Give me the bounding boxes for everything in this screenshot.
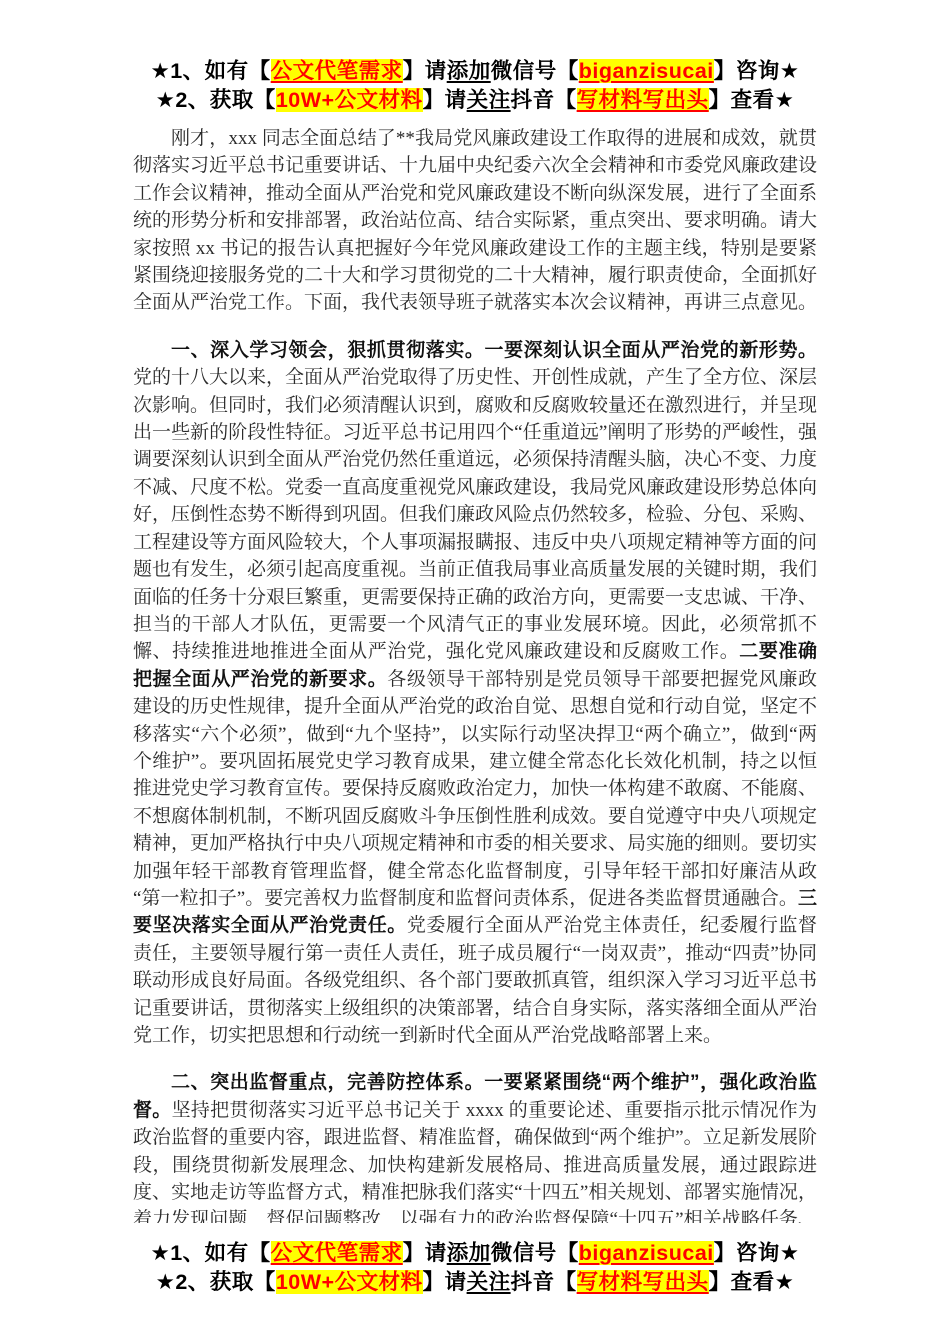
text-run: 各级领导干部特别是党员领导干部要把握党风廉政建设的历史性规律，提升全面从严治党的…: [133, 669, 817, 909]
text-run: 抖音【: [511, 88, 577, 112]
text-run: 刚才，xxx 同志全面总结了**我局党风廉政建设工作取得的进展和成效，就贯彻落实…: [133, 128, 817, 313]
text-run: 】请: [423, 1270, 467, 1294]
text-run: ★1、如有【: [150, 59, 270, 83]
bold-text-run: 一、深入学习领会，狠抓贯彻落实。一要深刻认识全面从严治党的新形势。: [171, 340, 817, 361]
text-run: 党的十八大以来，全面从严治党取得了历史性、开创性成就，产生了全方位、深层次影响。…: [133, 367, 817, 662]
text-run: ★2、获取【: [156, 88, 276, 112]
highlighted-text-run: 写材料写出头: [577, 88, 709, 112]
highlighted-text-run: biganzisucai: [579, 59, 714, 83]
text-run: 】请: [403, 1241, 447, 1265]
highlighted-text-run: biganzisucai: [579, 1241, 714, 1265]
highlighted-text-run: 公文代笔需求: [271, 1241, 403, 1265]
text-run: 添加: [447, 1241, 491, 1265]
highlighted-text-run: 公文代笔需求: [271, 59, 403, 83]
text-run: 】请: [423, 88, 467, 112]
text-run: ★1、如有【: [150, 1241, 270, 1265]
text-run: 关注: [467, 88, 511, 112]
text-run: ★2、获取【: [156, 1270, 276, 1294]
paragraph-section-1: 一、深入学习领会，狠抓贯彻落实。一要深刻认识全面从严治党的新形势。党的十八大以来…: [133, 337, 817, 1050]
document-page: ★1、如有【公文代笔需求】请添加微信号【biganzisucai】咨询★ ★2、…: [0, 0, 950, 1344]
text-run: 微信号【: [491, 59, 579, 83]
paragraph-section-2: 二、突出监督重点，完善防控体系。一要紧紧围绕“两个维护”，强化政治监督。坚持把贯…: [133, 1069, 817, 1223]
text-run: 坚持把贯彻落实习近平总书记关于 xxxx 的重要论述、重要指示批示情况作为政治监…: [133, 1100, 817, 1223]
text-run: 关注: [467, 1270, 511, 1294]
document-body: 刚才，xxx 同志全面总结了**我局党风廉政建设工作取得的进展和成效，就贯彻落实…: [133, 125, 817, 1223]
text-run: 微信号【: [491, 1241, 579, 1265]
promo-footer-line-2: ★2、获取【10W+公文材料】请关注抖音【写材料写出头】查看★: [0, 1268, 950, 1297]
text-run: 】咨询★: [714, 1241, 800, 1265]
promo-header-line-2: ★2、获取【10W+公文材料】请关注抖音【写材料写出头】查看★: [0, 86, 950, 115]
promo-header: ★1、如有【公文代笔需求】请添加微信号【biganzisucai】咨询★ ★2、…: [0, 0, 950, 114]
promo-header-line-1: ★1、如有【公文代笔需求】请添加微信号【biganzisucai】咨询★: [0, 57, 950, 86]
text-run: 】咨询★: [714, 59, 800, 83]
promo-footer: ★1、如有【公文代笔需求】请添加微信号【biganzisucai】咨询★ ★2、…: [0, 1239, 950, 1296]
text-run: 】查看★: [709, 88, 795, 112]
promo-footer-line-1: ★1、如有【公文代笔需求】请添加微信号【biganzisucai】咨询★: [0, 1239, 950, 1268]
text-run: 】请: [403, 59, 447, 83]
paragraph-opening: 刚才，xxx 同志全面总结了**我局党风廉政建设工作取得的进展和成效，就贯彻落实…: [133, 125, 817, 317]
text-run: 抖音【: [511, 1270, 577, 1294]
highlighted-text-run: 写材料写出头: [577, 1270, 709, 1294]
highlighted-text-run: 10W+公文材料: [276, 88, 423, 112]
text-run: 】查看★: [709, 1270, 795, 1294]
highlighted-text-run: 10W+公文材料: [276, 1270, 423, 1294]
text-run: 添加: [447, 59, 491, 83]
